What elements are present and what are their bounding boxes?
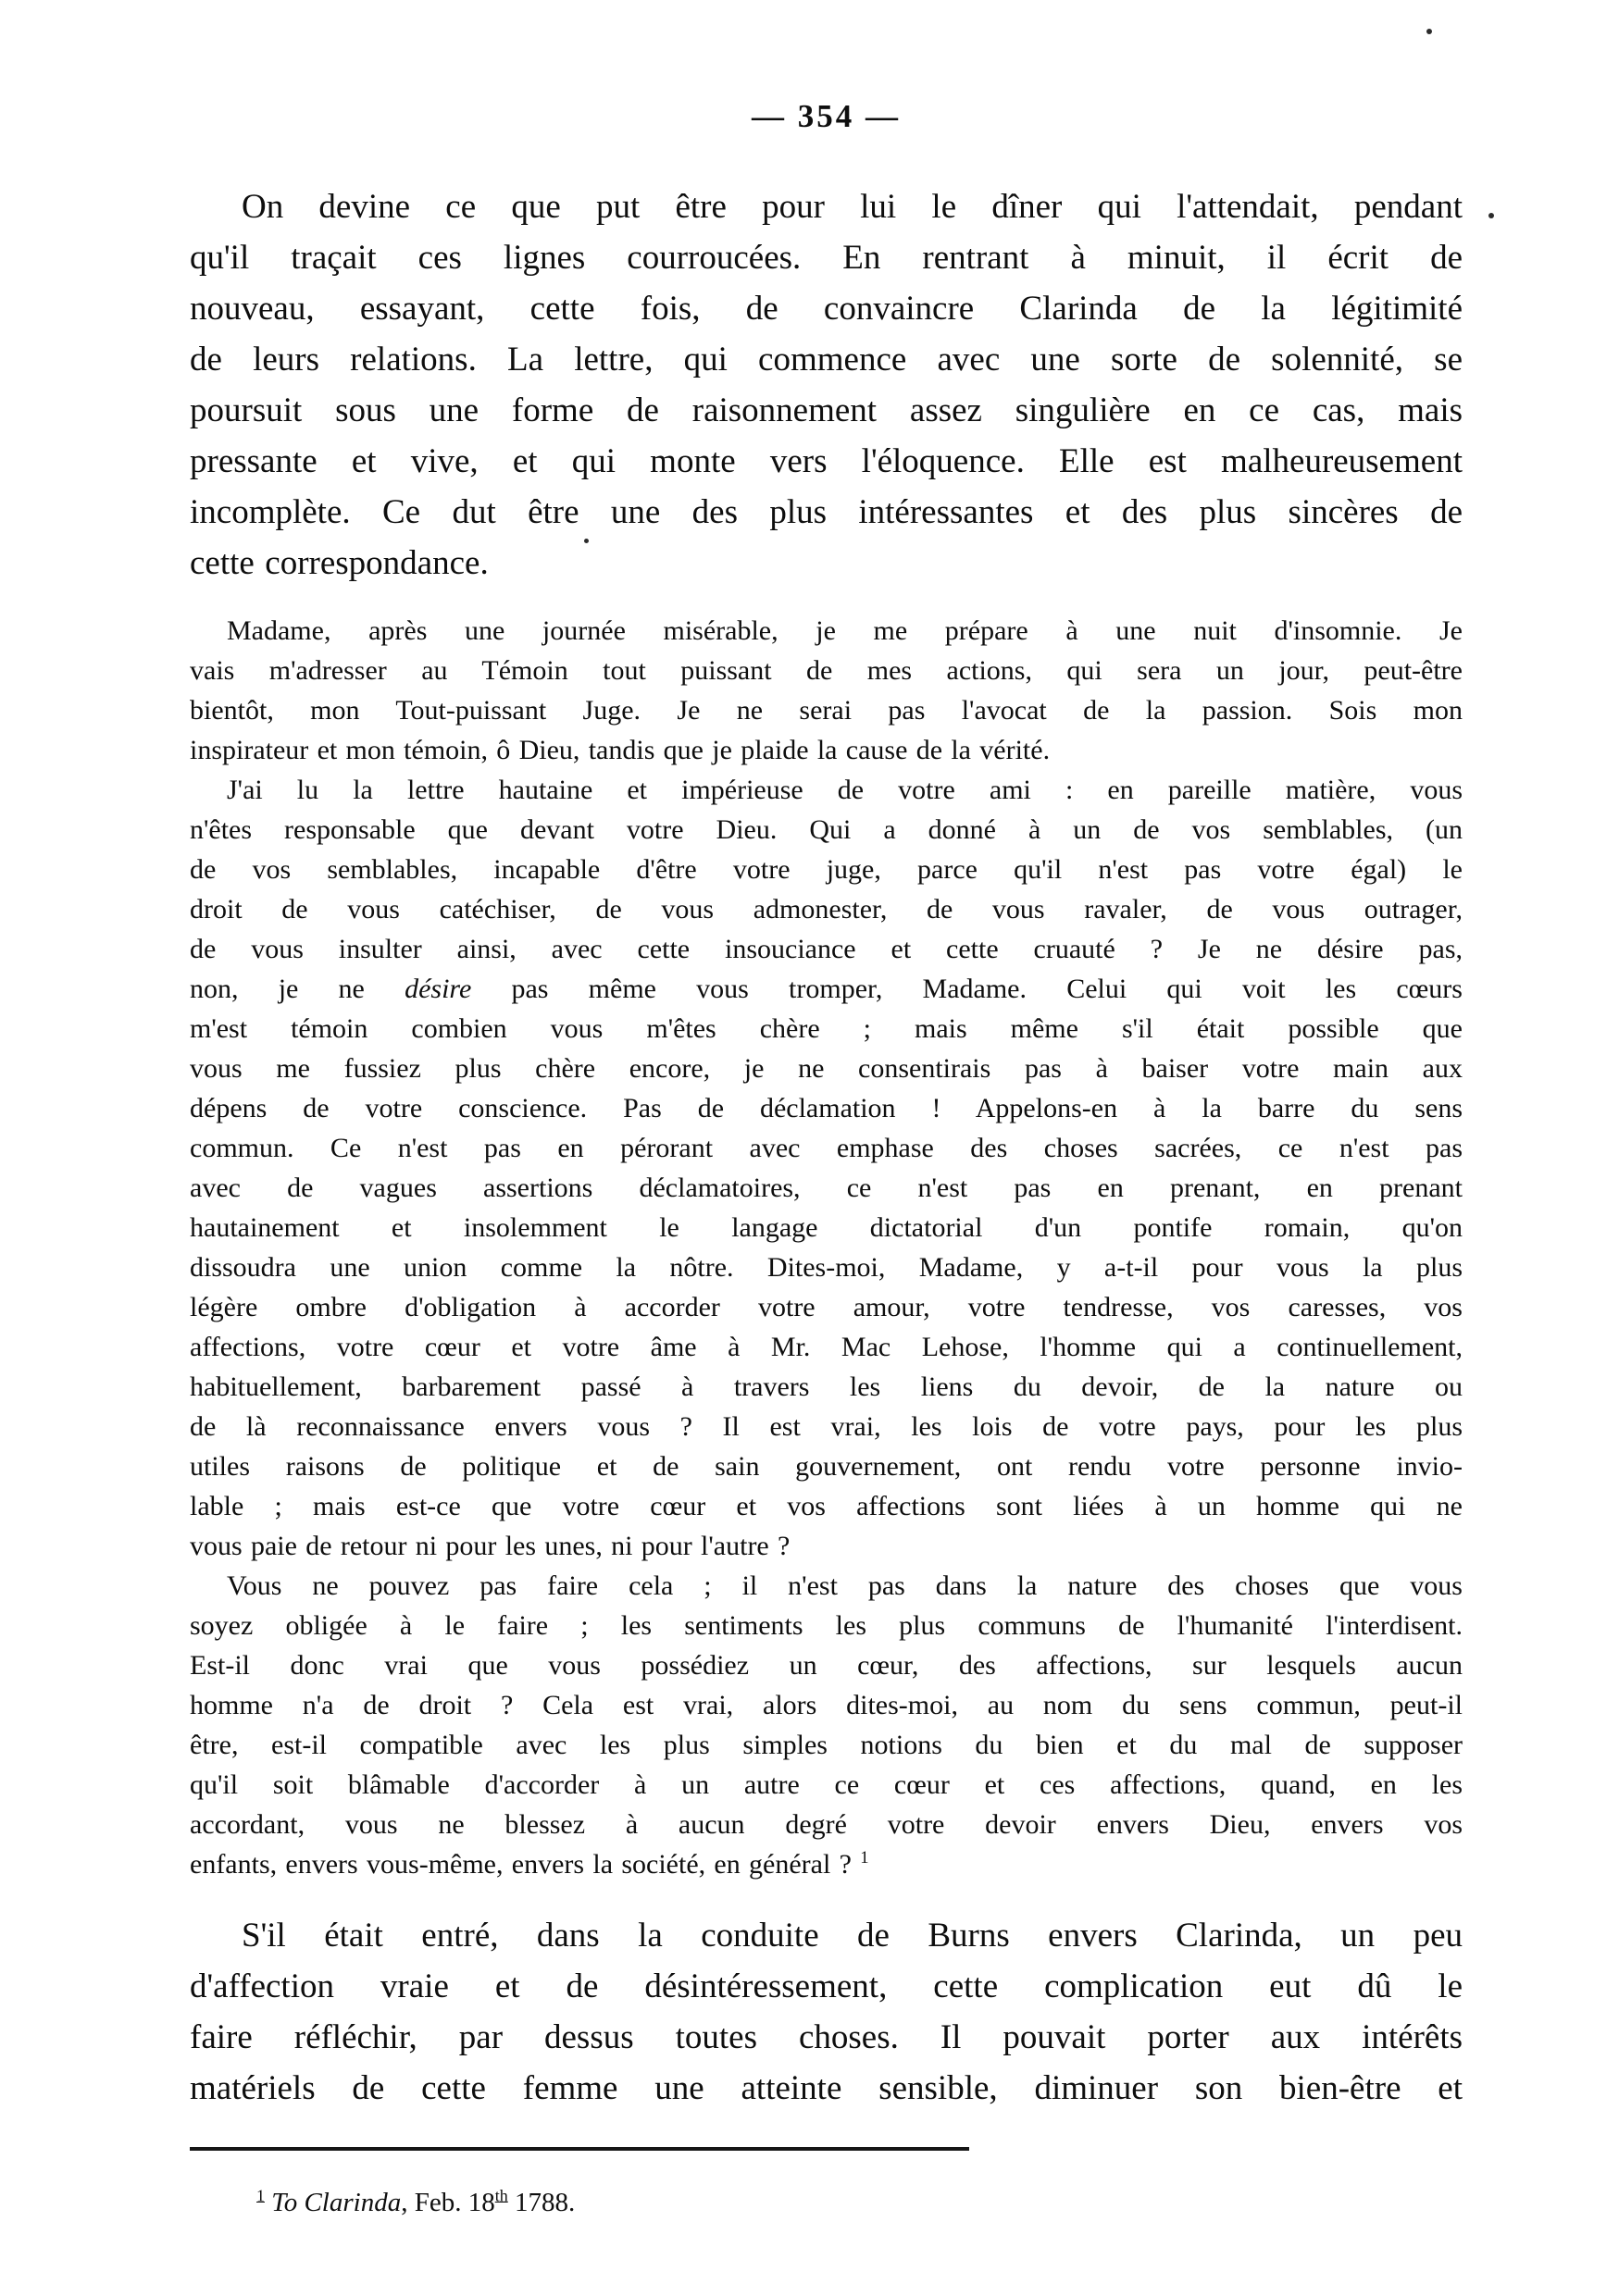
text-line: affections, votre cœur et votre âme à Mr…	[190, 1327, 1463, 1367]
text-line: qu'il soit blâmable d'accorder à un autr…	[190, 1765, 1463, 1805]
text-line: droit de vous catéchiser, de vous admone…	[190, 889, 1463, 929]
text-line: inspirateur et mon témoin, ô Dieu, tandi…	[190, 730, 1463, 770]
letter-paragraph-1: Madame, après une journée misérable, je …	[190, 611, 1463, 770]
text-line: de là reconnaissance envers vous ? Il es…	[190, 1407, 1463, 1446]
book-page: — 354 — On devine ce que put être pour l…	[0, 0, 1619, 2296]
text-line: être, est-il compatible avec les plus si…	[190, 1725, 1463, 1765]
text-line: Vous ne pouvez pas faire cela ; il n'est…	[190, 1566, 1463, 1606]
text-line: poursuit sous une forme de raisonnement …	[190, 385, 1463, 436]
text-line: hautainement et insolemment le langage d…	[190, 1208, 1463, 1247]
text-line: On devine ce que put être pour lui le dî…	[190, 181, 1463, 232]
text-line: vais m'adresser au Témoin tout puissant …	[190, 651, 1463, 690]
text-line: Madame, après une journée misérable, je …	[190, 611, 1463, 651]
text-line: qu'il traçait ces lignes courroucées. En…	[190, 232, 1463, 283]
text-line: S'il était entré, dans la conduite de Bu…	[190, 1910, 1463, 1961]
closing-paragraph: S'il était entré, dans la conduite de Bu…	[190, 1910, 1463, 2114]
text-line: bientôt, mon Tout-puissant Juge. Je ne s…	[190, 690, 1463, 730]
text-line: habituellement, barbarement passé à trav…	[190, 1367, 1463, 1407]
text-line: cette correspondance.	[190, 538, 1463, 589]
page-number: — 354 —	[190, 0, 1463, 135]
text-line: matériels de cette femme une atteinte se…	[190, 2063, 1463, 2114]
text-line: m'est témoin combien vous m'êtes chère ;…	[190, 1009, 1463, 1049]
scan-speck	[584, 539, 589, 543]
text-line: vous paie de retour ni pour les unes, ni…	[190, 1526, 1463, 1566]
text-line: avec de vagues assertions déclamatoires,…	[190, 1168, 1463, 1208]
text-line: incomplète. Ce dut être une des plus int…	[190, 487, 1463, 538]
text-line: utiles raisons de politique et de sain g…	[190, 1446, 1463, 1486]
letter-quote: Madame, après une journée misérable, je …	[190, 611, 1463, 1884]
scan-speck	[1488, 213, 1494, 218]
text-line: pressante et vive, et qui monte vers l'é…	[190, 436, 1463, 487]
text-line: vous me fussiez plus chère encore, je ne…	[190, 1049, 1463, 1088]
text-line: de leurs relations. La lettre, qui comme…	[190, 334, 1463, 385]
text-line: légère ombre d'obligation à accorder vot…	[190, 1287, 1463, 1327]
letter-paragraph-3: Vous ne pouvez pas faire cela ; il n'est…	[190, 1566, 1463, 1884]
text-line: dépens de votre conscience. Pas de décla…	[190, 1088, 1463, 1128]
text-line: dissoudra une union comme la nôtre. Dite…	[190, 1247, 1463, 1287]
text-line: de vous insulter ainsi, avec cette insou…	[190, 929, 1463, 969]
text-line: nouveau, essayant, cette fois, de convai…	[190, 283, 1463, 334]
text-line: non, je ne désire pas même vous tromper,…	[190, 969, 1463, 1009]
scan-speck	[1426, 29, 1432, 34]
footnote: 1 To Clarinda, Feb. 18th 1788.	[190, 2188, 1463, 2218]
text-line: faire réfléchir, par dessus toutes chose…	[190, 2012, 1463, 2063]
text-line: n'êtes responsable que devant votre Dieu…	[190, 810, 1463, 850]
text-line: J'ai lu la lettre hautaine et impérieuse…	[190, 770, 1463, 810]
footnote-divider	[190, 2147, 969, 2151]
text-line: homme n'a de droit ? Cela est vrai, alor…	[190, 1685, 1463, 1725]
letter-paragraph-2: J'ai lu la lettre hautaine et impérieuse…	[190, 770, 1463, 1566]
text-line: enfants, envers vous-même, envers la soc…	[190, 1844, 1463, 1884]
text-line: lable ; mais est-ce que votre cœur et vo…	[190, 1486, 1463, 1526]
text-line: accordant, vous ne blessez à aucun degré…	[190, 1805, 1463, 1844]
text-line: de vos semblables, incapable d'être votr…	[190, 850, 1463, 889]
text-line: Est-il donc vrai que vous possédiez un c…	[190, 1645, 1463, 1685]
intro-paragraph: On devine ce que put être pour lui le dî…	[190, 181, 1463, 589]
text-line: d'affection vraie et de désintéressement…	[190, 1961, 1463, 2012]
text-line: soyez obligée à le faire ; les sentiment…	[190, 1606, 1463, 1645]
text-line: commun. Ce n'est pas en pérorant avec em…	[190, 1128, 1463, 1168]
